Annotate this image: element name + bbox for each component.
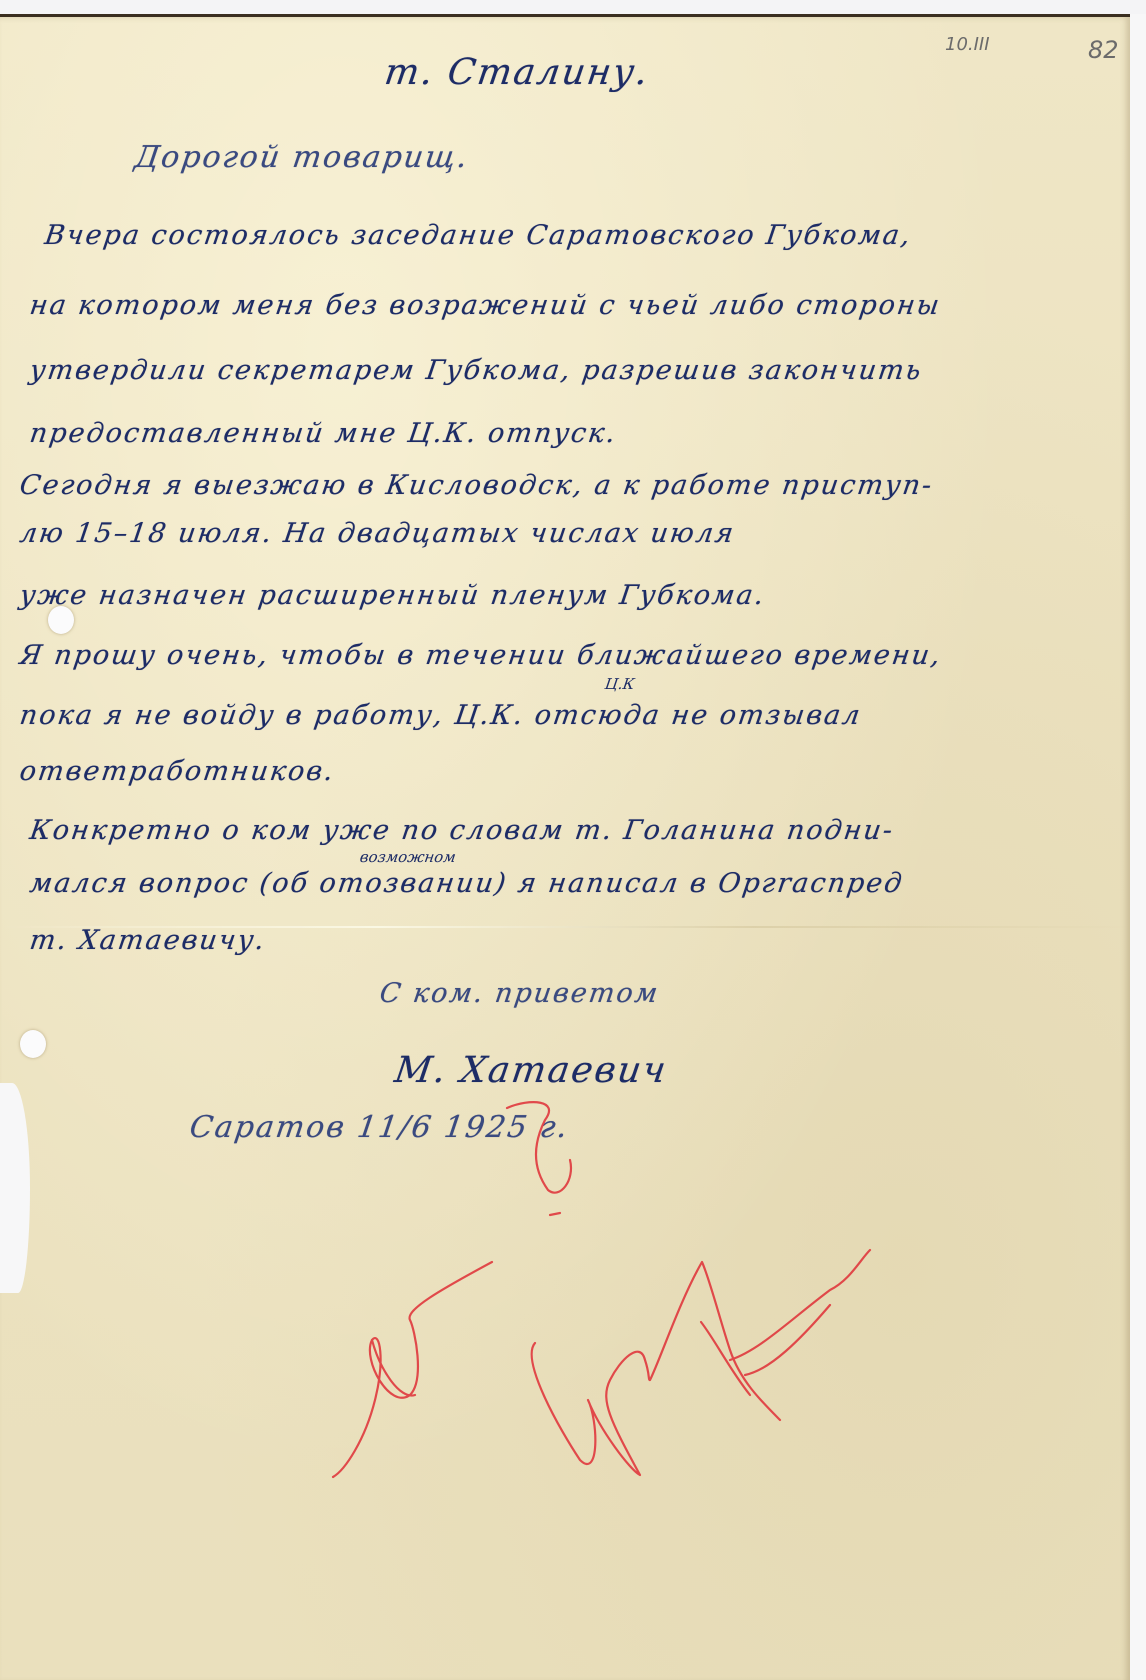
- punch-hole: [20, 1030, 46, 1058]
- body-line: Я прошу очень, чтобы в течении ближайшег…: [18, 640, 944, 671]
- body-line: пока я не войду в работу, Ц.К. отсюда не…: [18, 700, 864, 731]
- body-line: утвердили секретарем Губкома, разрешив з…: [28, 355, 925, 386]
- body-line: лю 15–18 июля. На двадцатых числах июля: [18, 518, 737, 549]
- body-line: т. Хатаевичу.: [28, 925, 268, 956]
- body-line: Конкретно о ком уже по словам т. Голанин…: [28, 815, 896, 846]
- archive-date-mark: 10.III: [945, 34, 990, 55]
- body-line: на котором меня без возражений с чьей ли…: [28, 290, 943, 321]
- scan-margin-right: [1130, 14, 1146, 1680]
- signature: М. Хатаевич: [392, 1050, 670, 1091]
- body-line: ответработников.: [18, 756, 337, 787]
- body-line: мался вопрос (об отозвании) я написал в …: [28, 868, 906, 899]
- sheet-number: 82: [1088, 36, 1119, 64]
- place-date: Саратов 11/6 1925 г.: [188, 1110, 572, 1145]
- insertion-vozmozhnom: возможном: [359, 848, 457, 866]
- insertion-ck: Ц.К: [604, 675, 636, 693]
- closing: С ком. приветом: [378, 978, 662, 1009]
- salutation: Дорогой товарищ.: [133, 140, 472, 175]
- body-line: Вчера состоялось заседание Саратовского …: [43, 220, 914, 251]
- body-line: предоставленный мне Ц.К. отпуск.: [28, 418, 619, 449]
- body-line: Сегодня я выезжаю в Кисловодск, а к рабо…: [18, 470, 936, 501]
- addressee: т. Сталину.: [382, 52, 652, 93]
- body-line: уже назначен расширенный пленум Губкома.: [18, 580, 768, 611]
- letter-page: [0, 14, 1130, 1680]
